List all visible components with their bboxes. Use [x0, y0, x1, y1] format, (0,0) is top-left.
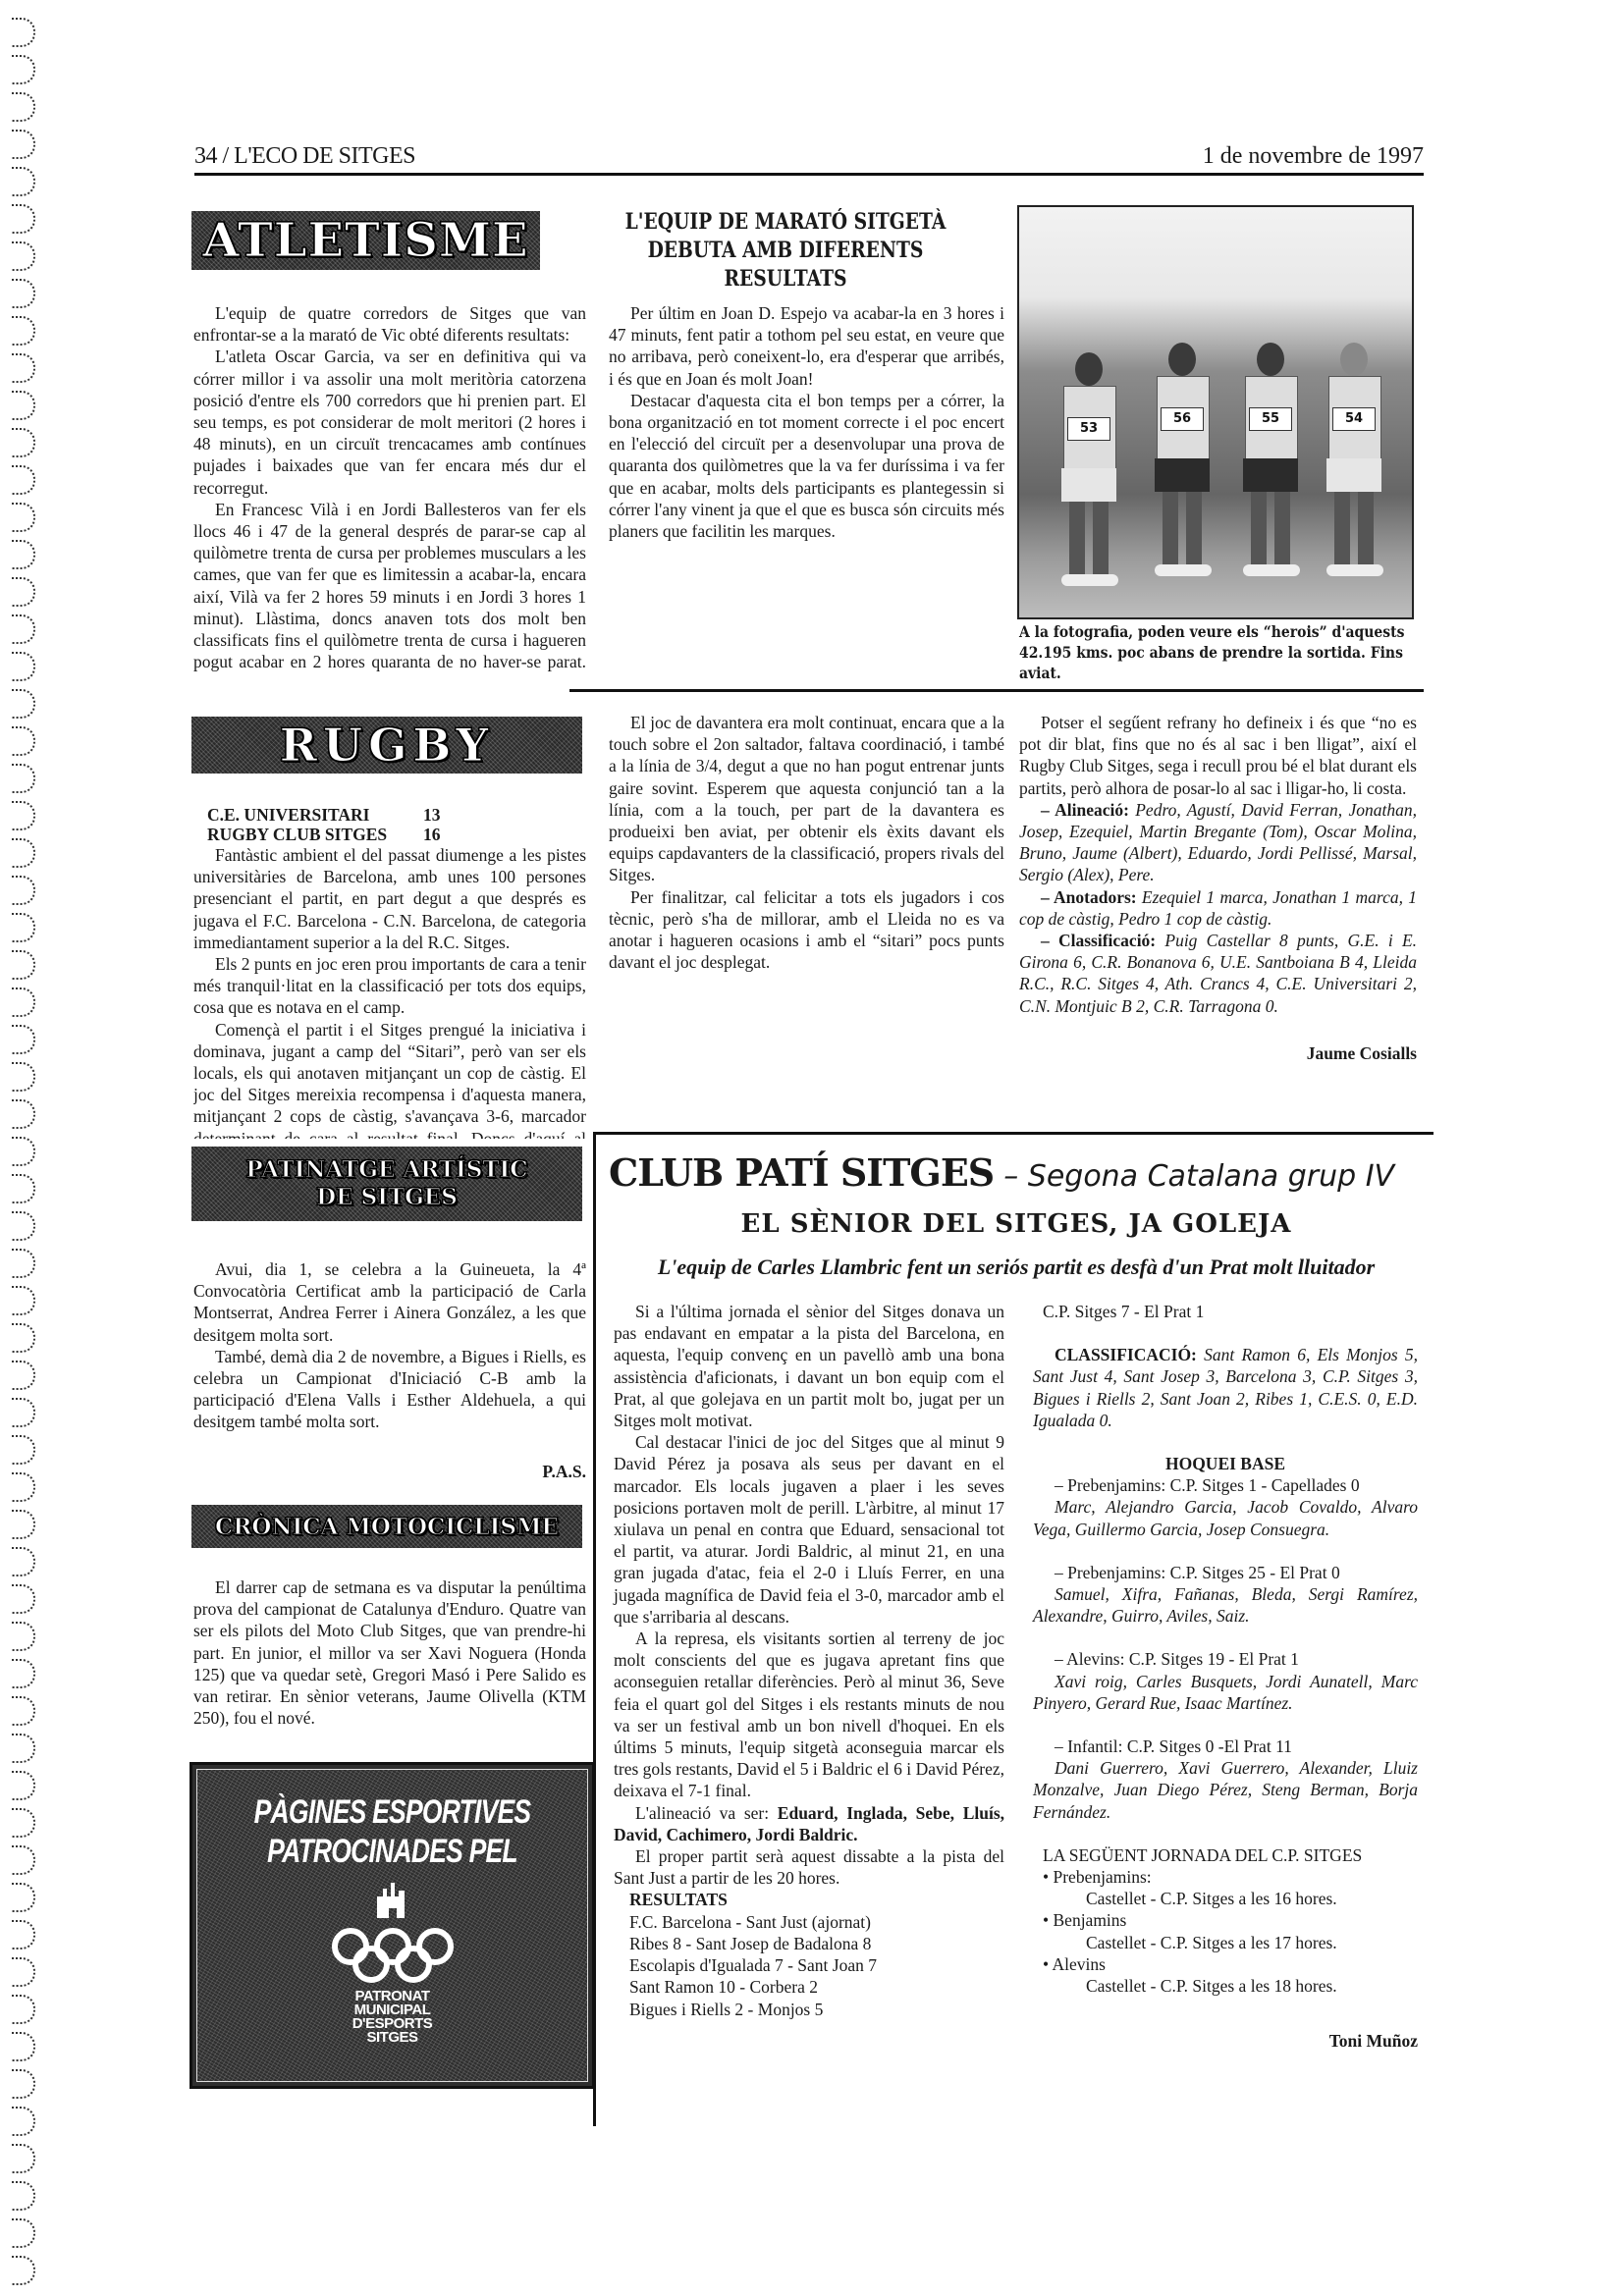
binder-hole-icon: [12, 55, 35, 84]
sponsor-advertisement: PÀGINES ESPORTIVES PATROCINADES PEL PATR…: [189, 1762, 595, 2089]
binder-hole-icon: [12, 1174, 35, 1203]
binder-hole-icon: [12, 1622, 35, 1651]
base-match-players: Samuel, Xifra, Fañanas, Bleda, Sergi Ram…: [1033, 1583, 1418, 1627]
scoreboard-row: C.E. UNIVERSITARI 13: [193, 805, 586, 825]
team-score: 13: [423, 805, 441, 825]
paragraph: Potser el segűent refrany ho defineix i …: [1019, 712, 1417, 799]
binder-hole-icon: [12, 950, 35, 980]
rugby-col-1: C.E. UNIVERSITARI 13 RUGBY CLUB SITGES 1…: [193, 805, 586, 1139]
patinatge-body: Avui, dia 1, se celebra a la Guineueta, …: [193, 1258, 586, 1482]
binder-hole-icon: [12, 1510, 35, 1539]
paragraph: Començà el partit i el Sitges prengué la…: [193, 1019, 586, 1139]
binder-hole-icon: [12, 465, 35, 495]
next-round-heading: LA SEGÜENT JORNADA DEL C.P. SITGES: [1043, 1844, 1418, 1866]
runner-figure: 55: [1235, 343, 1304, 578]
binder-hole-icon: [12, 1398, 35, 1427]
base-match-result: – Infantil: C.P. Sitges 0 -El Prat 11: [1033, 1735, 1418, 1757]
section-label: CRÒNICA MOTOCICLISME: [215, 1514, 559, 1540]
section-label-line-1: PATINATGE ARTÍSTIC: [245, 1156, 527, 1183]
photo-caption: A la fotografia, poden veure els “herois…: [1019, 621, 1408, 683]
binder-hole-icon: [12, 1734, 35, 1763]
author-byline: Toni Muñoz: [1033, 2030, 1418, 2052]
binder-hole-icon: [12, 1845, 35, 1875]
binder-hole-icon: [12, 391, 35, 420]
binder-hole-icon: [12, 2218, 35, 2248]
lineup-label: – Alineació:: [1041, 800, 1129, 820]
section-banner-patinatge: PATINATGE ARTÍSTIC DE SITGES: [191, 1147, 582, 1221]
standings-label: – Classificació:: [1041, 931, 1156, 950]
paragraph: L'atleta Oscar Garcia, va ser en definit…: [193, 346, 586, 498]
scoreboard-row: RUGBY CLUB SITGES 16: [193, 825, 586, 844]
section-banner-rugby: RUGBY: [191, 717, 582, 774]
next-round-category: • Benjamins: [1043, 1909, 1418, 1931]
result-item: Ribes 8 - Sant Josep de Badalona 8: [629, 1933, 1004, 1954]
base-match-players: Dani Guerrero, Xavi Guerrero, Alexander,…: [1033, 1757, 1418, 1823]
binder-hole-icon: [12, 1547, 35, 1576]
base-match-players: Marc, Alejandro Garcia, Jacob Covaldo, A…: [1033, 1496, 1418, 1539]
sponsor-org-name: PATRONAT MUNICIPAL D'ESPORTS SITGES: [192, 1990, 592, 2045]
base-match-players: Xavi roig, Carles Busquets, Jordi Aunate…: [1033, 1671, 1418, 1714]
section-divider: [569, 689, 1424, 692]
binder-hole-icon: [12, 1920, 35, 1949]
article-headline-atletisme: L'EQUIP DE MARATÓ SITGETÀ DEBUTA AMB DIF…: [585, 208, 986, 294]
runner-figure: 54: [1319, 343, 1387, 578]
binder-holes: [6, 10, 45, 2287]
paragraph: Si a l'última jornada el sènior del Sitg…: [614, 1301, 1004, 1431]
team-name: C.E. UNIVERSITARI: [207, 805, 423, 825]
paragraph: Per últim en Joan D. Espejo va acabar-la…: [609, 302, 1004, 390]
team-score: 16: [423, 825, 441, 844]
binder-hole-icon: [12, 876, 35, 905]
standings-label: CLASSIFICACIÓ:: [1055, 1345, 1197, 1364]
binder-hole-icon: [12, 316, 35, 346]
club-name: CLUB PATÍ SITGES: [609, 1150, 994, 1195]
base-match-result: – Alevins: C.P. Sitges 19 - El Prat 1: [1033, 1648, 1418, 1670]
next-match: El proper partit serà aquest dissabte a …: [614, 1845, 1004, 1889]
binder-hole-icon: [12, 2144, 35, 2173]
binder-hole-icon: [12, 1995, 35, 2024]
binder-hole-icon: [12, 540, 35, 569]
paragraph: Els 2 punts en joc eren prou importants …: [193, 953, 586, 1019]
paragraph: Cal destacar l'inici de joc del Sitges q…: [614, 1431, 1004, 1628]
binder-hole-icon: [12, 92, 35, 122]
binder-hole-icon: [12, 241, 35, 271]
paragraph: El joc de davantera era molt continuat, …: [609, 712, 1004, 886]
paragraph: L'equip de quatre corredors de Sitges qu…: [193, 302, 586, 346]
author-byline: Jaume Cosialls: [1019, 1042, 1417, 1064]
atletisme-col-1: L'equip de quatre corredors de Sitges qu…: [193, 302, 586, 675]
base-match: – Prebenjamins: C.P. Sitges 25 - El Prat…: [1033, 1562, 1418, 1628]
binder-hole-icon: [12, 2032, 35, 2061]
section-label-line-2: DE SITGES: [316, 1184, 458, 1210]
ad-line-2: PATROCINADES PEL: [237, 1832, 548, 1871]
binder-hole-icon: [12, 1137, 35, 1166]
runner-figure: 53: [1054, 352, 1122, 588]
binder-hole-icon: [12, 18, 35, 47]
paragraph: A la represa, els visitants sortien al t…: [614, 1628, 1004, 1802]
headline-line-2: DEBUTA AMB DIFERENTS RESULTATS: [585, 237, 986, 294]
binder-hole-icon: [12, 1808, 35, 1838]
next-round-category: • Alevins: [1043, 1953, 1418, 1975]
binder-hole-icon: [12, 167, 35, 196]
binder-hole-icon: [12, 2256, 35, 2285]
next-round-match: Castellet - C.P. Sitges a les 18 hores.: [1043, 1975, 1418, 1997]
binder-hole-icon: [12, 652, 35, 681]
lineup: – Alineació: Pedro, Agustí, David Ferran…: [1019, 799, 1417, 886]
runners-photo: 53 56 55 54: [1017, 205, 1414, 619]
team-name: RUGBY CLUB SITGES: [207, 825, 423, 844]
lineup-label: L'alineació va ser:: [635, 1803, 769, 1823]
hoquei-base-heading: HOQUEI BASE: [1033, 1453, 1418, 1474]
result-item: Sant Ramon 10 - Corbera 2: [629, 1976, 1004, 1998]
binder-hole-icon: [12, 1361, 35, 1390]
base-match: – Infantil: C.P. Sitges 0 -El Prat 11 Da…: [1033, 1735, 1418, 1823]
next-round-category: • Prebenjamins:: [1043, 1866, 1418, 1888]
binder-hole-icon: [12, 988, 35, 1017]
binder-hole-icon: [12, 503, 35, 532]
bib-number: 56: [1161, 407, 1204, 431]
binder-hole-icon: [12, 838, 35, 868]
result-item: Bigues i Riells 2 - Monjos 5: [629, 1999, 1004, 2020]
org-line: SITGES: [192, 2031, 592, 2045]
binder-hole-icon: [12, 1659, 35, 1688]
issue-date: 1 de novembre de 1997: [1203, 143, 1424, 170]
club-pati-col-2: C.P. Sitges 7 - El Prat 1 CLASSIFICACIÓ:…: [1033, 1301, 1418, 2052]
binder-hole-icon: [12, 1957, 35, 1987]
ad-line-1: PÀGINES ESPORTIVES: [237, 1792, 548, 1832]
results-heading: RESULTATS: [629, 1889, 1004, 1910]
standings: CLASSIFICACIÓ: Sant Ramon 6, Els Monjos …: [1033, 1344, 1418, 1431]
motociclisme-body: El darrer cap de setmana es va disputar …: [193, 1576, 586, 1729]
article-headline-club-pati: EL SÈNIOR DEL SITGES, JA GOLEJA: [609, 1209, 1424, 1239]
binder-hole-icon: [12, 913, 35, 942]
result-item: Escolapis d'Igualada 7 - Sant Joan 7: [629, 1954, 1004, 1976]
headline-line-1: L'EQUIP DE MARATÓ SITGETÀ: [585, 208, 986, 237]
standings: – Classificació: Puig Castellar 8 punts,…: [1019, 930, 1417, 1017]
binder-hole-icon: [12, 428, 35, 457]
binder-hole-icon: [12, 1062, 35, 1092]
lineup: L'alineació va ser: Eduard, Inglada, Seb…: [614, 1802, 1004, 1845]
binder-hole-icon: [12, 764, 35, 793]
paragraph: Destacar d'aquesta cita el bon temps per…: [609, 390, 1004, 542]
next-round-match: Castellet - C.P. Sitges a les 17 hores.: [1043, 1932, 1418, 1953]
section-banner-atletisme: ATLETISME: [191, 211, 540, 270]
binder-hole-icon: [12, 2181, 35, 2211]
paragraph: També, demà dia 2 de novembre, a Bigues …: [193, 1346, 586, 1433]
rugby-col-2: El joc de davantera era molt continuat, …: [609, 712, 1004, 973]
bib-number: 55: [1249, 407, 1292, 431]
runner-figure: 56: [1147, 343, 1216, 578]
binder-hole-icon: [12, 1211, 35, 1241]
binder-hole-icon: [12, 130, 35, 159]
binder-hole-icon: [12, 1025, 35, 1054]
paragraph: Per finalitzar, cal felicitar a tots els…: [609, 886, 1004, 974]
result-item: F.C. Barcelona - Sant Just (ajornat): [629, 1911, 1004, 1933]
scorers: – Anotadors: Ezequiel 1 marca, Jonathan …: [1019, 886, 1417, 930]
page-and-publication: 34 / L'ECO DE SITGES: [194, 143, 415, 170]
section-label: RUGBY: [280, 719, 495, 772]
section-banner-motociclisme: CRÒNICA MOTOCICLISME: [191, 1505, 582, 1548]
league-subtitle: – Segona Catalana grup IV: [1003, 1159, 1394, 1194]
paragraph: Avui, dia 1, se celebra a la Guineueta, …: [193, 1258, 586, 1346]
binder-hole-icon: [12, 204, 35, 234]
binder-hole-icon: [12, 1584, 35, 1614]
binder-hole-icon: [12, 1771, 35, 1800]
binder-hole-icon: [12, 1249, 35, 1278]
next-round: LA SEGÜENT JORNADA DEL C.P. SITGES • Pre…: [1033, 1844, 1418, 1997]
bib-number: 53: [1067, 417, 1110, 441]
paragraph: En Francesc Vilà i en Jordi Ballesteros …: [193, 499, 586, 675]
binder-hole-icon: [12, 279, 35, 308]
section-label: ATLETISME: [202, 213, 528, 268]
binder-hole-icon: [12, 1883, 35, 1912]
scorers-label: – Anotadors:: [1041, 887, 1137, 907]
paragraph: Fantàstic ambient el del passat diumenge…: [193, 844, 586, 953]
result-item: C.P. Sitges 7 - El Prat 1: [1033, 1301, 1418, 1322]
club-pati-title: CLUB PATÍ SITGES– Segona Catalana grup I…: [609, 1150, 1394, 1195]
rugby-col-3: Potser el segűent refrany ho defineix i …: [1019, 712, 1417, 1064]
binder-hole-icon: [12, 353, 35, 383]
atletisme-col-2: Per últim en Joan D. Espejo va acabar-la…: [609, 302, 1004, 542]
results-list: RESULTATS F.C. Barcelona - Sant Just (aj…: [614, 1889, 1004, 2019]
binder-hole-icon: [12, 1696, 35, 1726]
author-byline: P.A.S.: [193, 1461, 586, 1482]
binder-hole-icon: [12, 1472, 35, 1502]
binder-hole-icon: [12, 726, 35, 756]
base-match-result: – Prebenjamins: C.P. Sitges 1 - Capellad…: [1033, 1474, 1418, 1496]
olympic-rings-icon: [329, 1927, 457, 1984]
binder-hole-icon: [12, 577, 35, 607]
binder-hole-icon: [12, 2107, 35, 2136]
base-match: – Alevins: C.P. Sitges 19 - El Prat 1 Xa…: [1033, 1648, 1418, 1714]
binder-hole-icon: [12, 614, 35, 644]
binder-hole-icon: [12, 1099, 35, 1129]
paragraph: El darrer cap de setmana es va disputar …: [193, 1576, 586, 1729]
binder-hole-icon: [12, 801, 35, 830]
binder-hole-icon: [12, 1435, 35, 1465]
base-match: – Prebenjamins: C.P. Sitges 1 - Capellad…: [1033, 1474, 1418, 1540]
castle-tower-icon: [373, 1883, 412, 1918]
binder-hole-icon: [12, 1286, 35, 1315]
article-deck: L'equip de Carles Llambric fent un serió…: [609, 1255, 1424, 1280]
club-pati-col-1: Si a l'última jornada el sènior del Sitg…: [614, 1301, 1004, 2020]
binder-hole-icon: [12, 1323, 35, 1353]
next-round-match: Castellet - C.P. Sitges a les 16 hores.: [1043, 1888, 1418, 1909]
binder-hole-icon: [12, 689, 35, 719]
masthead: 34 / L'ECO DE SITGES 1 de novembre de 19…: [194, 139, 1424, 176]
base-match-result: – Prebenjamins: C.P. Sitges 25 - El Prat…: [1033, 1562, 1418, 1583]
bib-number: 54: [1332, 407, 1376, 431]
binder-hole-icon: [12, 2069, 35, 2099]
